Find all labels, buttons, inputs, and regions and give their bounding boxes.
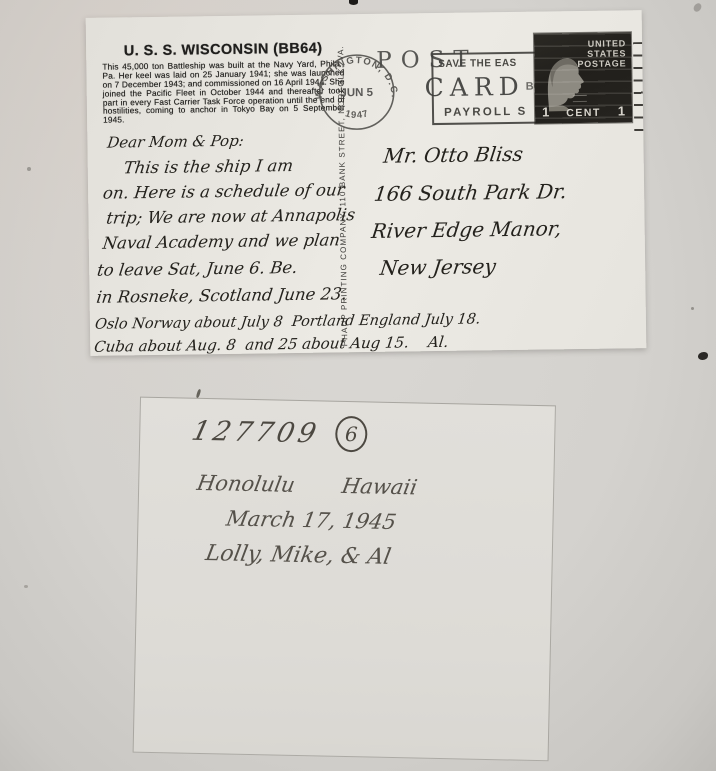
message-line: trip; We are now at Annapolis: [105, 205, 356, 228]
cancel-line-stubs: [633, 42, 643, 140]
svg-text:1947: 1947: [344, 108, 371, 121]
note-line: Honolulu Hawaii: [195, 471, 419, 500]
note-number-row: 127709 6: [192, 413, 368, 453]
ship-info-title: U. S. S. WISCONSIN (BB64): [102, 40, 344, 59]
slogan-line-3: PAYROLL S: [444, 106, 528, 119]
pen-tick-mark: [196, 389, 202, 398]
message-salutation: Dear Mom & Pop:: [106, 132, 245, 152]
artifact-speck: [691, 307, 694, 310]
address-line: River Edge Manor,: [370, 216, 563, 243]
note-number: 127709: [189, 415, 323, 449]
message-line: on. Here is a schedule of our: [102, 180, 346, 202]
message-line: Oslo Norway about July 8 Portland Englan…: [94, 311, 482, 332]
artifact-speck: [27, 167, 31, 171]
message-line: This is the ship I am: [123, 156, 295, 177]
artifact-speck: [349, 0, 358, 5]
postcard: U. S. S. WISCONSIN (BB64) This 45,000 to…: [86, 10, 647, 356]
note-line: March 17, 1945: [224, 507, 398, 534]
address-line: Mr. Otto Bliss: [382, 142, 524, 168]
message-line: Cuba about Aug. 8 and 25 about Aug 15. A…: [93, 333, 449, 356]
postage-stamp: UNITED STATES POSTAGE 1 CENT 1: [534, 32, 632, 123]
artifact-speck: [692, 2, 703, 13]
address-line: 166 South Park Dr.: [373, 179, 569, 206]
ship-info-box: U. S. S. WISCONSIN (BB64) This 45,000 to…: [102, 40, 345, 124]
message-line: in Rosneke, Scotland June 23.: [95, 284, 348, 307]
note-sheet: 127709 6 Honolulu Hawaii March 17, 1945 …: [133, 397, 556, 762]
note-line: Lolly, Mike, & Al: [204, 541, 393, 570]
artifact-speck: [24, 585, 28, 588]
postmark-year-arc: 1947: [344, 108, 371, 121]
ink-blot: [698, 352, 708, 360]
post-card-label-card: CARD: [424, 72, 524, 102]
stamp-cancel-lines: [534, 32, 632, 123]
message-line: to leave Sat, June 6. Be.: [96, 258, 299, 280]
scanned-photo-background: U. S. S. WISCONSIN (BB64) This 45,000 to…: [0, 0, 716, 771]
postmark-date: JUN 5: [340, 87, 373, 99]
circled-number: 6: [335, 416, 368, 453]
ship-info-body: This 45,000 ton Battleship was built at …: [102, 59, 345, 124]
message-line: Naval Academy and we plan: [102, 230, 342, 252]
address-line: New Jersey: [379, 254, 498, 280]
postmark-circle: WASHINGTON, D.C. JUN 5 1947: [310, 45, 403, 138]
